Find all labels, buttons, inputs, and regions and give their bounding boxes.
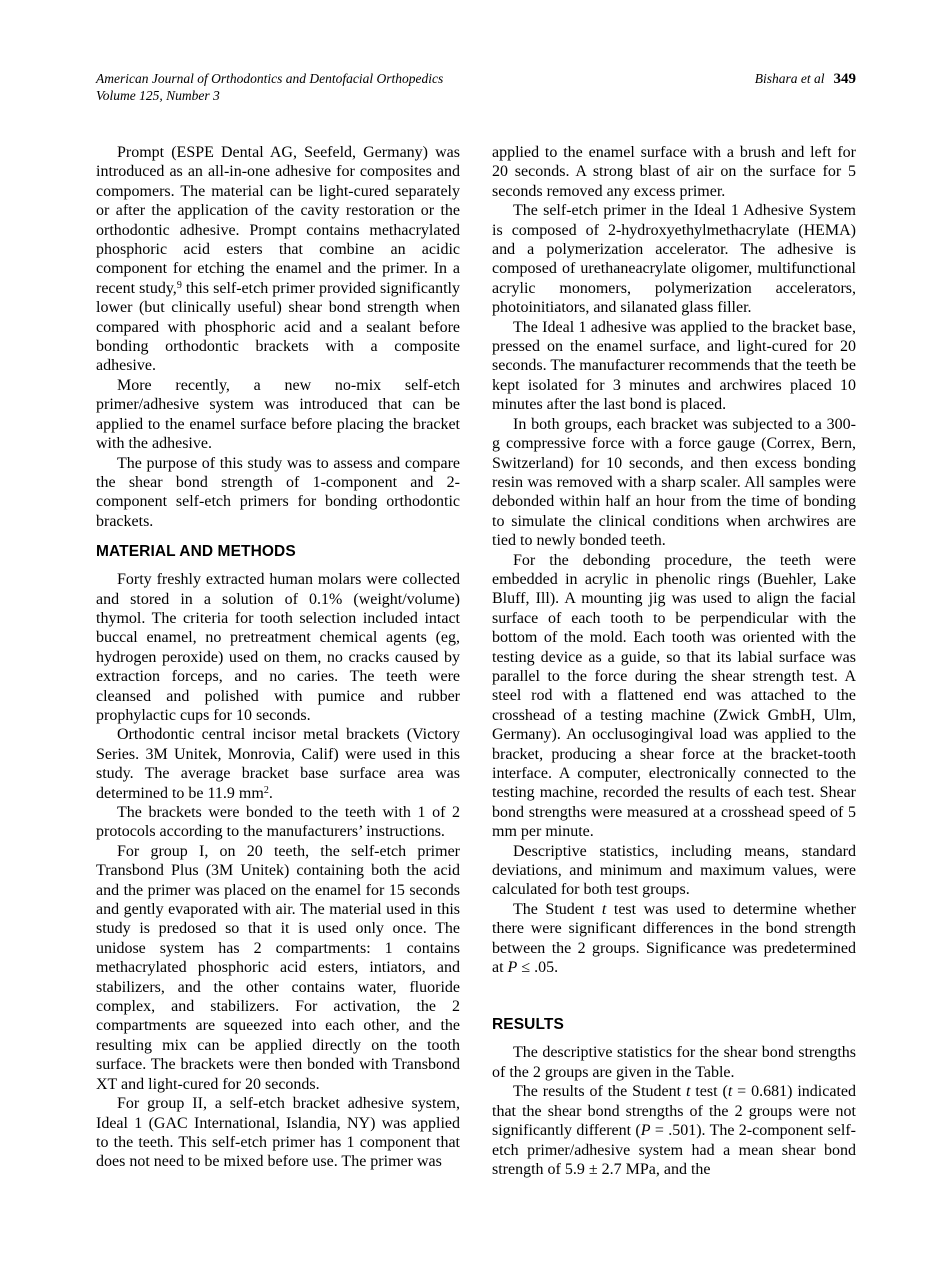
paragraph: The descriptive statistics for the shear… — [492, 1043, 856, 1082]
paragraph: For group I, on 20 teeth, the self-etch … — [96, 842, 460, 1094]
paragraph: The purpose of this study was to assess … — [96, 454, 460, 532]
paragraph: More recently, a new no-mix self-etch pr… — [96, 376, 460, 454]
italic-term: t — [728, 1083, 732, 1100]
running-head: Bishara et al349 — [755, 70, 856, 88]
right-column: applied to the enamel surface with a bru… — [492, 143, 856, 1179]
paragraph: The results of the Student t test (t = 0… — [492, 1082, 856, 1179]
italic-term: P — [641, 1122, 651, 1139]
paragraph: The self-etch primer in the Ideal 1 Adhe… — [492, 201, 856, 317]
article-body: Prompt (ESPE Dental AG, Seefeld, Germany… — [96, 143, 856, 1179]
italic-term: Number — [166, 88, 210, 103]
superscript: 9 — [177, 280, 182, 291]
section-heading: MATERIAL AND METHODS — [96, 542, 460, 561]
volume-line: Volume 125, Number 3 — [96, 87, 443, 104]
italic-term: P — [508, 959, 518, 976]
paragraph: For the debonding procedure, the teeth w… — [492, 551, 856, 842]
paragraph: For group II, a self-etch bracket adhesi… — [96, 1094, 460, 1172]
paper-page: American Journal of Orthodontics and Den… — [0, 0, 950, 1272]
running-authors: Bishara et al — [755, 71, 825, 86]
paragraph: Prompt (ESPE Dental AG, Seefeld, Germany… — [96, 143, 460, 376]
section-heading: RESULTS — [492, 1015, 856, 1034]
journal-header: American Journal of Orthodontics and Den… — [96, 70, 443, 104]
paragraph: Descriptive statistics, including means,… — [492, 842, 856, 900]
paragraph: applied to the enamel surface with a bru… — [492, 143, 856, 201]
paragraph: Forty freshly extracted human molars wer… — [96, 570, 460, 725]
italic-term: t — [686, 1083, 690, 1100]
page-number: 349 — [834, 71, 857, 87]
paragraph: Orthodontic central incisor metal bracke… — [96, 725, 460, 803]
left-column: Prompt (ESPE Dental AG, Seefeld, Germany… — [96, 143, 460, 1179]
italic-term: t — [602, 901, 606, 918]
paragraph: In both groups, each bracket was subject… — [492, 415, 856, 551]
superscript: 2 — [264, 785, 269, 796]
italic-term: Volume — [96, 88, 136, 103]
paragraph: The Student t test was used to determine… — [492, 900, 856, 978]
journal-title: American Journal of Orthodontics and Den… — [96, 70, 443, 87]
paragraph: The brackets were bonded to the teeth wi… — [96, 803, 460, 842]
page-header: American Journal of Orthodontics and Den… — [96, 70, 856, 104]
paragraph: The Ideal 1 adhesive was applied to the … — [492, 318, 856, 415]
